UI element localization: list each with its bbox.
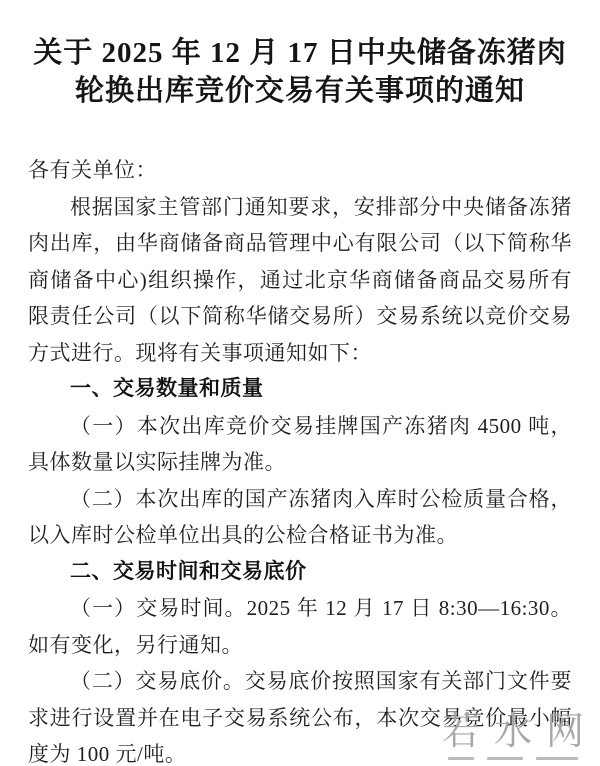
section2-heading: 二、交易时间和交易底价 [28, 554, 572, 591]
watermark: 若水网 [442, 712, 584, 760]
title-line-2: 轮换出库竞价交易有关事项的通知 [28, 72, 572, 110]
section1-heading: 一、交易数量和质量 [28, 371, 572, 408]
section2-item-1: （一）交易时间。2025 年 12 月 17 日 8:30—16:30。如有变化… [28, 590, 572, 663]
section1-item-1: （一）本次出库竞价交易挂牌国产冻猪肉 4500 吨，具体数量以实际挂牌为准。 [28, 408, 572, 481]
intro-paragraph: 根据国家主管部门通知要求，安排部分中央储备冻猪肉出库，由华商储备商品管理中心有限… [28, 189, 572, 372]
notice-document-page: 关于 2025 年 12 月 17 日中央储备冻猪肉 轮换出库竞价交易有关事项的… [0, 0, 600, 766]
document-title: 关于 2025 年 12 月 17 日中央储备冻猪肉 轮换出库竞价交易有关事项的… [28, 34, 572, 110]
watermark-subtext-bars [442, 757, 584, 760]
section1-item-2: （二）本次出库的国产冻猪肉入库时公检质量合格，以入库时公检单位出具的公检合格证书… [28, 481, 572, 554]
title-line-1: 关于 2025 年 12 月 17 日中央储备冻猪肉 [28, 34, 572, 72]
salutation: 各有关单位： [28, 152, 572, 189]
watermark-text: 若水网 [442, 712, 598, 752]
